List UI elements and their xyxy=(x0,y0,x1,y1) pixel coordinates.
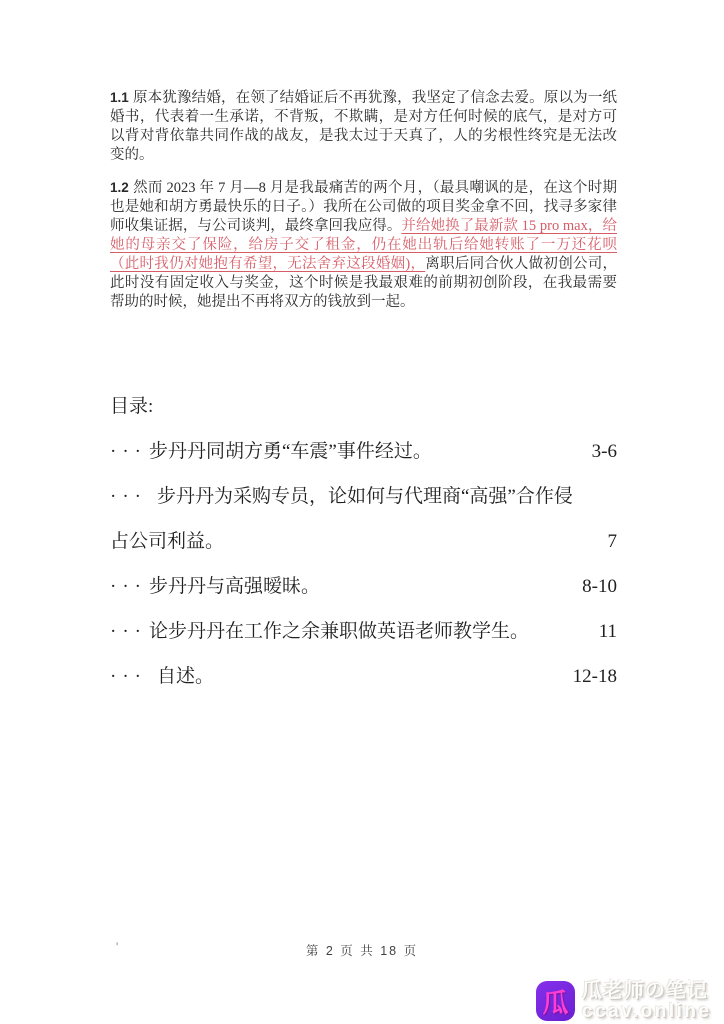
paragraph-number: 1.1 xyxy=(110,90,129,105)
toc-entry-title: ···步丹丹同胡方勇“车震”事件经过。 xyxy=(110,429,573,474)
toc-heading: 目录: xyxy=(110,384,617,429)
document-body: 1.1原本犹豫结婚，在领了结婚证后不再犹豫，我坚定了信念去爱。原以为一纸婚书，代… xyxy=(110,88,617,325)
paragraph-number: 1.2 xyxy=(110,180,129,195)
toc-entry-title: ···自述。 xyxy=(110,654,565,699)
watermark-logo-icon: 瓜 xyxy=(536,981,575,1021)
paragraph-1-2: 1.2然而 2023 年 7 月—8 月是我最痛苦的两个月，（最具嘲讽的是，在这… xyxy=(110,178,617,312)
watermark-title: 瓜老师の笔记 xyxy=(582,981,712,1002)
toc-page-range: 11 xyxy=(581,609,617,654)
watermark-url: ccav.online xyxy=(582,1002,712,1021)
toc-entry: ···步丹丹与高强暧昧。 8-10 xyxy=(110,564,617,609)
toc-entry: ···自述。 12-18 xyxy=(110,654,617,699)
toc-entry-dots: ··· xyxy=(110,666,147,687)
toc-entry: ···论步丹丹在工作之余兼职做英语老师教学生。 11 xyxy=(110,609,617,654)
toc-page-range: 12-18 xyxy=(573,654,617,699)
paragraph-1-1: 1.1原本犹豫结婚，在领了结婚证后不再犹豫，我坚定了信念去爱。原以为一纸婚书，代… xyxy=(110,88,617,165)
toc-entry-dots: ··· xyxy=(110,486,147,507)
page-footer: 第 2 页 共 18 页 xyxy=(0,941,724,959)
toc-entry-dots: ··· xyxy=(110,576,147,597)
toc-entry-title: ···论步丹丹在工作之余兼职做英语老师教学生。 xyxy=(110,609,573,654)
paragraph-text: 原本犹豫结婚，在领了结婚证后不再犹豫，我坚定了信念去爱。原以为一纸婚书，代表着一… xyxy=(110,90,617,163)
table-of-contents: 目录: ···步丹丹同胡方勇“车震”事件经过。 3-6 ···步丹丹为采购专员，… xyxy=(110,384,617,699)
toc-page-range: 8-10 xyxy=(581,564,617,609)
toc-page-range: 3-6 xyxy=(581,429,617,474)
toc-entry-dots: ··· xyxy=(110,621,147,642)
toc-entry: ···步丹丹同胡方勇“车震”事件经过。 3-6 xyxy=(110,429,617,474)
watermark-text: 瓜老师の笔记 ccav.online xyxy=(582,981,712,1021)
toc-entry-title: ···步丹丹为采购专员，论如何与代理商“高强”合作侵占公司利益。 xyxy=(110,474,573,564)
toc-entry-title: ···步丹丹与高强暧昧。 xyxy=(110,564,573,609)
toc-page-range: 7 xyxy=(581,519,617,564)
watermark: 瓜 瓜老师の笔记 ccav.online xyxy=(536,981,712,1021)
toc-entry: ···步丹丹为采购专员，论如何与代理商“高强”合作侵占公司利益。 7 xyxy=(110,474,617,564)
toc-entry-dots: ··· xyxy=(110,441,147,462)
